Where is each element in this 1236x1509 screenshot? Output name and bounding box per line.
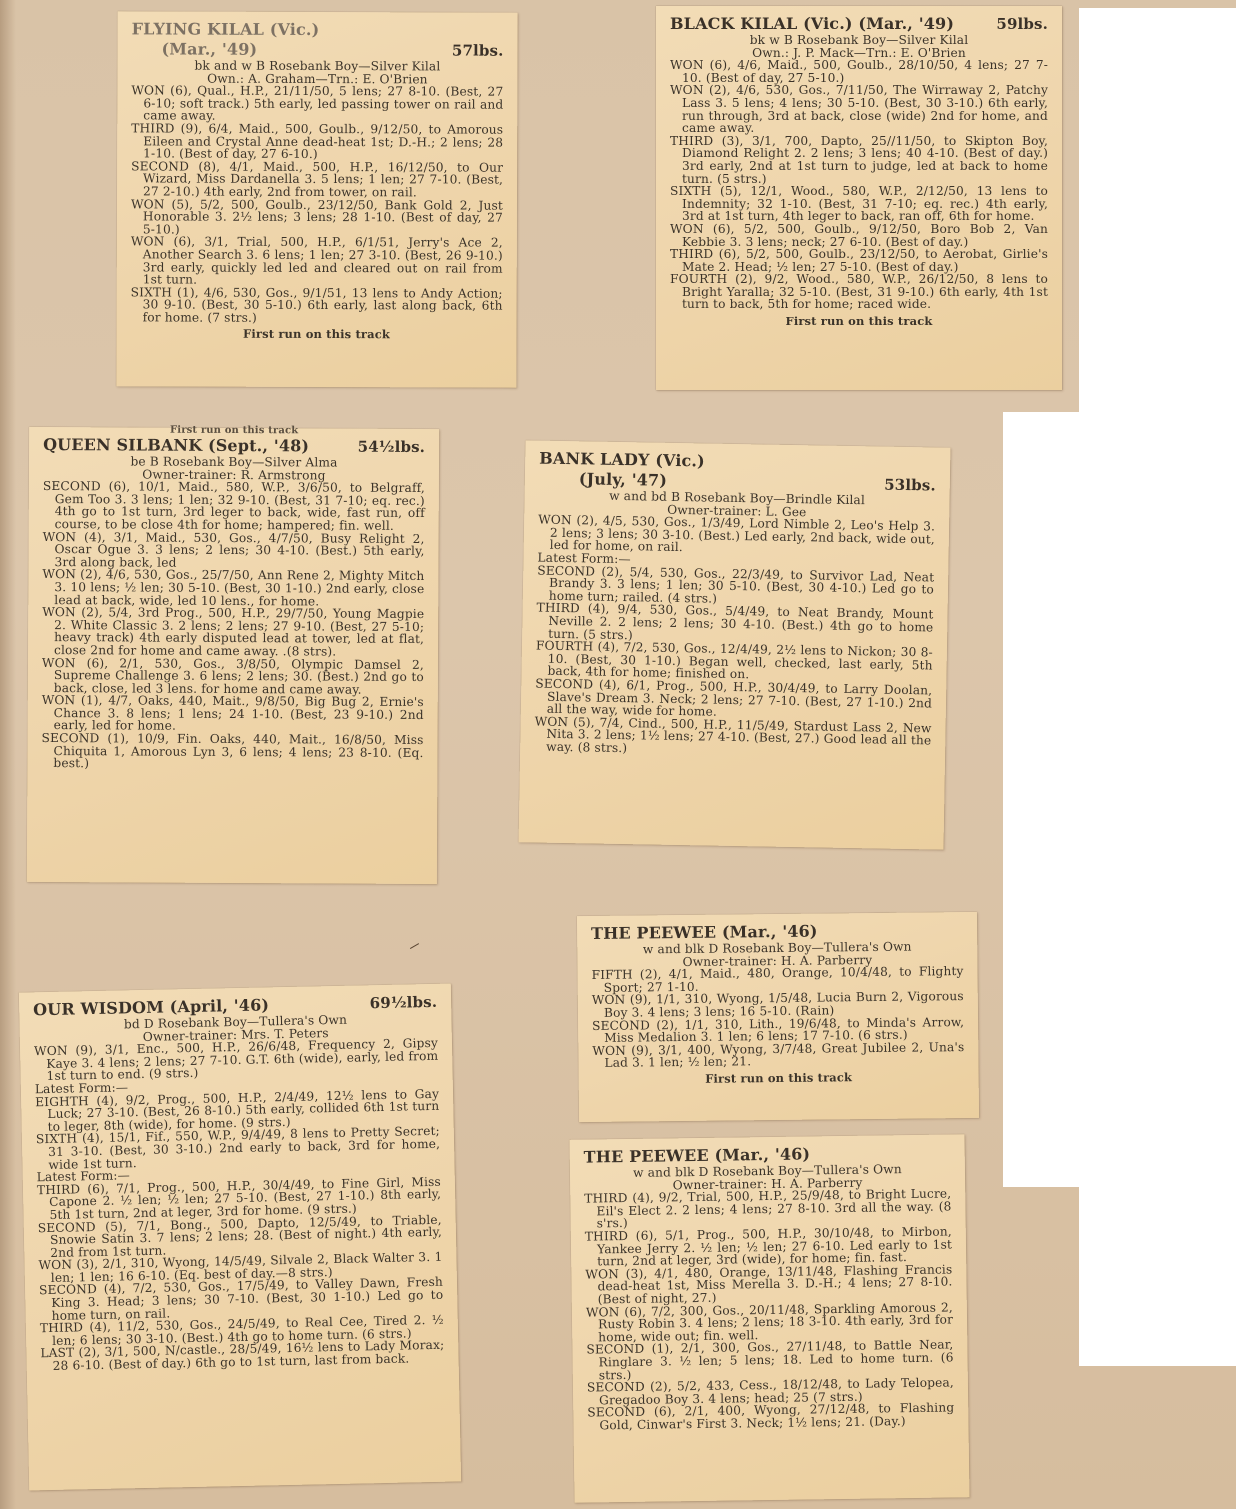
clipping-bank-lady: BANK LADY (Vic.) (July, '47) 53lbs. w an… — [519, 440, 951, 849]
race-entry: WON (6), 5/2, 500, Goulb., 9/12/50, Boro… — [670, 223, 1048, 248]
weight: 57lbs. — [452, 40, 504, 60]
clipping-the-peewee-1: THE PEEWEE (Mar., '46) w and blk D Roseb… — [577, 912, 979, 1122]
race-entry: THIRD (4), 9/2, Trial, 500, H.P., 25/9/4… — [584, 1188, 951, 1231]
blank-region — [1079, 1100, 1236, 1366]
race-entry: THIRD (6), 5/1, Prog., 500, H.P., 30/10/… — [585, 1225, 952, 1268]
weight: 53lbs. — [884, 475, 936, 496]
race-entry: SIXTH (5), 12/1, Wood., 580, W.P., 2/12/… — [670, 185, 1048, 223]
clipping-black-kilal: BLACK KILAL (Vic.) (Mar., '49) 59lbs. bk… — [656, 6, 1062, 390]
race-entry: WON (4), 3/1, Maid., 530, Gos., 4/7/50, … — [42, 531, 424, 571]
race-entry: THIRD (9), 6/4, Maid., 500, Goulb., 9/12… — [131, 122, 503, 161]
race-entry: THIRD (3), 3/1, 700, Dapto, 25//11/50, t… — [670, 135, 1048, 185]
footer-note: First run on this track — [670, 315, 1048, 328]
blank-region — [1003, 412, 1236, 1187]
race-entry: WON (5), 5/2, 500, Goulb., 23/12/50, Ban… — [131, 198, 503, 237]
race-entry: WON (3), 4/1, 480, Orange, 13/11/48, Fla… — [585, 1263, 952, 1306]
clipping-flying-kilal: FLYING KILAL (Vic.) (Mar., '49) 57lbs. b… — [116, 11, 517, 387]
greyhound-name: QUEEN SILBANK (Sept., '48) — [43, 435, 309, 456]
blank-region — [1079, 8, 1236, 418]
clipping-title: QUEEN SILBANK (Sept., '48) 54½lbs. — [43, 435, 425, 457]
race-entry: SECOND (1), 2/1, 300, Gos., 27/11/48, to… — [586, 1339, 953, 1382]
clipping-queen-silbank: First run on this track QUEEN SILBANK (S… — [27, 427, 439, 884]
race-entry: WON (5), 7/4, Cind., 500, H.P., 11/5/49,… — [534, 715, 932, 760]
race-entry: SECOND (1), 10/9, Fin. Oaks, 440, Mait.,… — [41, 732, 423, 772]
race-entry: WON (1), 4/7, Oaks, 440, Mait., 9/8/50, … — [42, 694, 424, 734]
greyhound-name: FLYING KILAL (Vic.) — [132, 19, 320, 40]
race-entry: SECOND (6), 10/1, Maid., 580, W.P., 3/6/… — [43, 480, 425, 532]
breeding: bk w B Rosebank Boy—Silver Kilal — [670, 34, 1048, 47]
greyhound-name: BLACK KILAL (Vic.) (Mar., '49) — [670, 14, 954, 34]
clipping-title: BLACK KILAL (Vic.) (Mar., '49) 59lbs. — [670, 14, 1048, 34]
whelp-date: (July, '47) — [579, 469, 667, 491]
race-entry: WON (6), 3/1, Trial, 500, H.P., 6/1/51, … — [131, 236, 503, 288]
race-entry: WON (2), 4/6, 530, Gos., 7/11/50, The Wi… — [670, 84, 1048, 134]
footer-note: First run on this track — [131, 328, 503, 342]
footer-note: First run on this track — [593, 1070, 965, 1086]
weight: 54½lbs. — [358, 437, 426, 457]
greyhound-name: BANK LADY (Vic.) — [539, 449, 705, 472]
weight: 69½lbs. — [369, 992, 437, 1013]
weight: 59lbs. — [996, 14, 1048, 34]
clipping-the-peewee-2: THE PEEWEE (Mar., '46) w and blk D Roseb… — [569, 1134, 969, 1502]
race-entry: SECOND (6), 2/1, 400, Wyong, 27/12/48, t… — [587, 1402, 954, 1432]
race-entry: SECOND (8), 4/1, Maid., 500, H.P., 16/12… — [131, 160, 503, 199]
race-entry: WON (6), Qual., H.P., 21/11/50, 5 lens; … — [131, 85, 503, 124]
whelp-date: (Mar., '49) — [161, 39, 257, 59]
race-entry: WON (9), 3/1, 400, Wyong, 3/7/48, Great … — [592, 1041, 964, 1070]
race-entry: SIXTH (1), 4/6, 530, Gos., 9/1/51, 13 le… — [131, 286, 503, 325]
race-entry: FOURTH (2), 9/2, Wood., 580, W.P., 26/12… — [670, 273, 1048, 311]
race-entry: WON (6), 7/2, 300, Gos., 20/11/48, Spark… — [586, 1301, 953, 1344]
race-entry: WON (6), 4/6, Maid., 500, Goulb., 28/10/… — [670, 59, 1048, 84]
race-entry: WON (2), 4/6, 530, Gos., 25/7/50, Ann Re… — [42, 568, 424, 608]
clipping-our-wisdom: OUR WISDOM (April, '46) 69½lbs. bd D Ros… — [19, 984, 461, 1491]
race-entry: WON (6), 2/1, 530, Gos., 3/8/50, Olympic… — [42, 656, 424, 696]
race-entry: WON (2), 5/4, 3rd Prog., 500, H.P., 29/7… — [42, 606, 424, 658]
page-edge-shadow — [0, 0, 16, 1509]
race-entry: THIRD (6), 5/2, 500, Goulb., 23/12/50, t… — [670, 248, 1048, 273]
clipping-title: FLYING KILAL (Vic.) — [132, 19, 504, 40]
